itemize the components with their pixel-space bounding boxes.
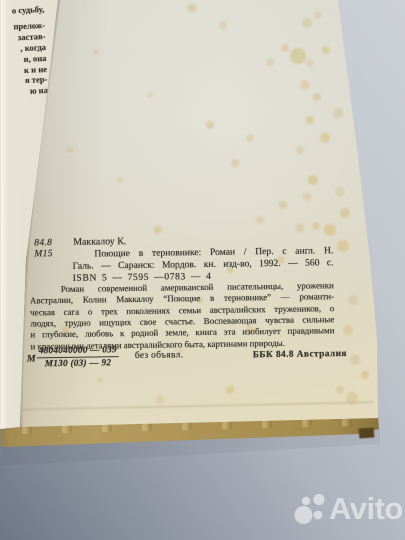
classification-index: 84.8 М15	[34, 238, 53, 260]
bibliographic-description: Поющие в терновнике: Роман / Пер. с англ…	[72, 245, 333, 285]
catalog-fraction: 4804040000 — 039 М130 (03) — 92	[37, 345, 120, 369]
annotation-paragraph: Роман современной американской писательн…	[30, 280, 335, 352]
catalog-denominator: М130 (03) — 92	[37, 357, 119, 369]
fragment-line: о судьбу,	[0, 4, 44, 17]
fragment-line: ю на	[4, 85, 48, 98]
catalog-note: без объявл.	[135, 350, 184, 361]
avito-logo-icon	[294, 494, 326, 525]
bbk-index: ББК 84.8 Австралия	[253, 349, 347, 360]
author-heading: Маккалоу К.	[73, 236, 126, 248]
page-block-edge-end	[359, 427, 375, 438]
avito-watermark: Avito	[294, 492, 403, 526]
book-photo: о судьбу, прелож- застав- , когда н, она…	[0, 0, 405, 540]
left-page-text-fragments: о судьбу, прелож- застав- , когда н, она…	[0, 4, 48, 98]
catalog-prefix: М	[27, 353, 36, 364]
classification-bottom: М15	[34, 249, 53, 260]
catalog-index-row: М 4804040000 — 039 М130 (03) — 92 без об…	[27, 342, 357, 371]
avito-watermark-label: Avito	[329, 492, 403, 526]
